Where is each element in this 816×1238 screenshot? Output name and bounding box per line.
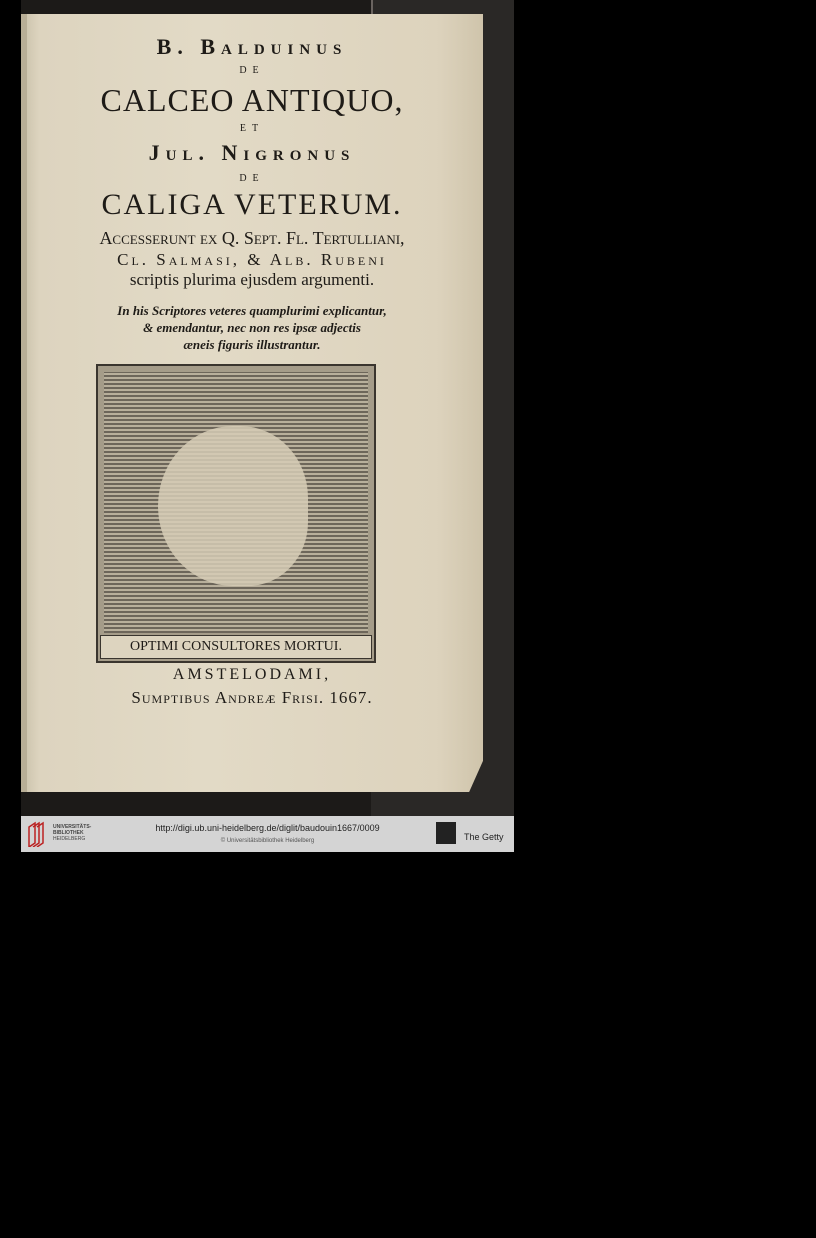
title-et: et xyxy=(21,120,483,136)
scholar-figure xyxy=(158,426,308,586)
accesserunt-line-1: Accesserunt ex Q. Sept. Fl. Tertulliani, xyxy=(21,228,483,249)
title-de-1: de xyxy=(21,62,483,78)
imprint-publisher: Sumptibus Andreæ Frisi. 1667. xyxy=(21,688,483,708)
imprint-city: AMSTELODAMI, xyxy=(21,666,483,684)
scanned-page-image: B. Balduinus de CALCEO ANTIQUO, et Jul. … xyxy=(21,0,514,816)
author-2: Jul. Nigronus xyxy=(21,140,483,166)
accesserunt-line-3: scriptis plurima ejusdem argumenti. xyxy=(21,270,483,290)
title-caliga: CALIGA VETERUM. xyxy=(21,188,483,222)
italic-line-2: & emendantur, nec non res ipsæ adjectis xyxy=(21,320,483,336)
getty-logo-icon xyxy=(436,822,456,844)
title-calceo: CALCEO ANTIQUO, xyxy=(21,82,483,119)
title-page: B. Balduinus de CALCEO ANTIQUO, et Jul. … xyxy=(21,14,483,792)
viewer-footer-bar: UNIVERSITÄTS- BIBLIOTHEK HEIDELBERG http… xyxy=(21,816,514,852)
italic-line-3: æneis figuris illustrantur. xyxy=(21,337,483,353)
italic-line-1: In his Scriptores veteres quamplurimi ex… xyxy=(21,303,483,319)
engraving-illustration: OPTIMI CONSULTORES MORTUI. xyxy=(96,364,376,663)
sponsor-name: The Getty xyxy=(464,832,504,842)
author-1: B. Balduinus xyxy=(21,34,483,60)
engraving-motto: OPTIMI CONSULTORES MORTUI. xyxy=(100,635,372,659)
accesserunt-line-2: Cl. Salmasi, & Alb. Rubeni xyxy=(21,250,483,270)
title-de-2: de xyxy=(21,170,483,186)
spine-edge xyxy=(371,0,373,16)
